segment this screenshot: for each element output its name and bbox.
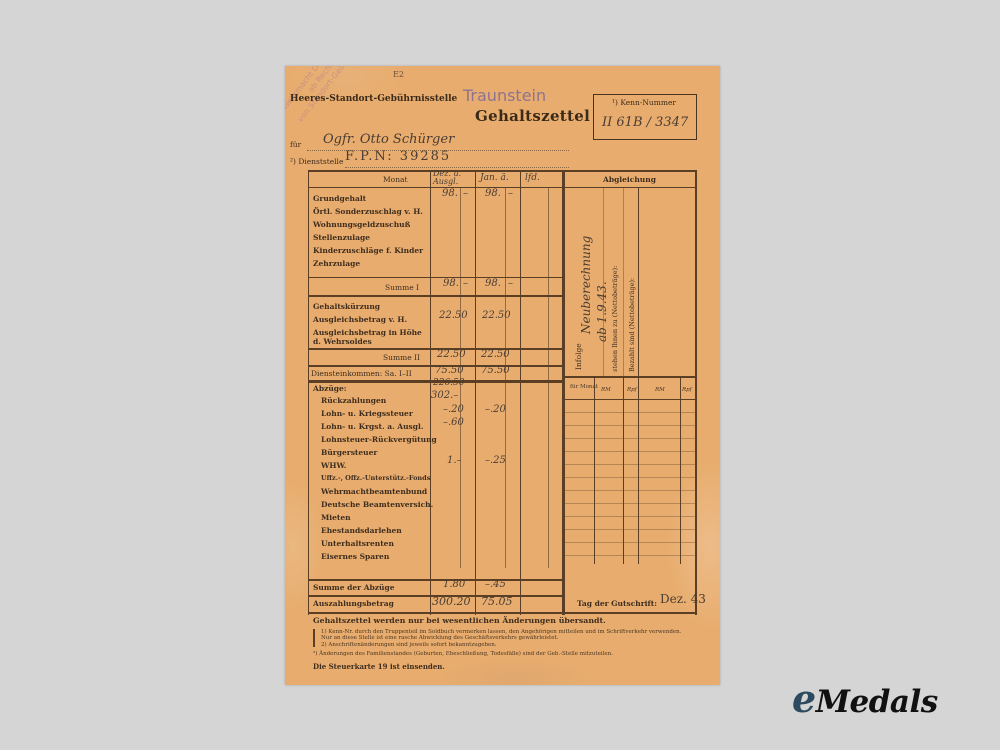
diensteinkommen-col2: 75.50: [481, 365, 510, 376]
table-bottom-border: [308, 612, 696, 614]
header-monat: Monat: [383, 175, 408, 184]
top-mark: E2: [393, 70, 404, 79]
summe-abzuege-label: Summe der Abzüge: [313, 583, 395, 592]
row-buergersteuer: Bürgersteuer: [321, 448, 377, 457]
abgleichung-divider: [565, 376, 696, 378]
abzuege-label: Abzüge:: [313, 384, 347, 393]
table-left-border: [308, 170, 309, 615]
grundgehalt-col2-pf: –: [508, 188, 513, 199]
subheader-rpf: Rpf: [627, 387, 637, 393]
col-subline: [505, 188, 506, 568]
auszahlung-label: Auszahlungsbetrag: [313, 599, 394, 608]
footnote-3: ³) Änderungen des Familienstandes (Gebur…: [313, 651, 613, 657]
row-rueckzahlungen: Rückzahlungen: [321, 396, 386, 405]
row-sonderzuschlag: Örtl. Sonderzuschlag v. H.: [313, 207, 423, 216]
diensteinkommen-col1: 75.50: [435, 365, 464, 376]
rueckzahlungen-col1: 302.–: [431, 390, 458, 401]
kenn-nummer-value: II 61B / 3347: [602, 115, 688, 130]
table-right-border: [695, 170, 697, 615]
divider: [308, 277, 562, 278]
stehen-label: stehen Ihnen zu (Nettobeträge):: [611, 266, 619, 372]
summe2-col1: 22.50: [437, 349, 466, 360]
grundgehalt-col1-pf: –: [463, 188, 468, 199]
recipient-name: Ogfr. Otto Schürger: [323, 132, 454, 147]
whw-col2: –.25: [485, 455, 506, 466]
row-ausgleichsbetrag: Ausgleichsbetrag v. H.: [313, 315, 407, 324]
ausgleich-col2: 22.50: [482, 310, 511, 321]
row-kinderzuschlaege: Kinderzuschläge f. Kinder: [313, 246, 423, 255]
row-wohnungsgeld: Wohnungsgeldzuschuß: [313, 220, 410, 229]
col-subline: [548, 188, 549, 568]
krgst-ausgl-col1: –.60: [443, 417, 464, 428]
abgleichung-header-bottom: [565, 187, 696, 188]
fuer-label: für: [290, 140, 301, 149]
summe-abzuege-col1: 1.80: [443, 579, 465, 590]
lohnsteuer-col1: –.20: [443, 404, 464, 415]
footnote-1: 1) Kenn-Nr. durch den Truppenteil im Sol…: [321, 629, 691, 641]
divider: [308, 579, 562, 581]
logo-e: e: [792, 676, 816, 721]
office-stamp: Traunstein: [463, 86, 546, 105]
logo-text: Medals: [816, 684, 938, 720]
footer-notice: Gehaltszettel werden nur bei wesentliche…: [313, 616, 606, 625]
summe1-col1-pf: –: [463, 278, 468, 289]
row-ausgleich-wehrsold: Ausgleichsbetrag in Höhe d. Wehrsoldes: [313, 328, 428, 346]
row-grundgehalt: Grundgehalt: [313, 194, 366, 203]
kenn-nummer-label: ¹) Kenn-Nummer: [612, 98, 676, 107]
kenn-nummer-box: ¹) Kenn-Nummer II 61B / 3347: [593, 94, 697, 140]
grundgehalt-col1: 98.: [442, 188, 458, 199]
emedals-watermark-logo: eMedals: [792, 676, 938, 721]
row-ehestandsdarlehen: Ehestandsdarlehen: [321, 526, 402, 535]
steuerkarte-note: Die Steuerkarte 19 ist einsenden.: [313, 662, 445, 671]
row-gehaltskuerzung: Gehaltskürzung: [313, 302, 380, 311]
header-col2: Jan. ä.: [480, 173, 509, 183]
divider: [308, 295, 562, 297]
row-lohn-kriegssteuer: Lohn- u. Kriegssteuer: [321, 409, 413, 418]
row-unterstuetzungsfonds: Uffz.-, Offz.-Unterstütz.-Fonds: [321, 474, 430, 482]
row-whw: WHW.: [321, 461, 346, 470]
footnote-2: 2) Anschriftenänderungen sind jeweils so…: [321, 642, 497, 648]
ausgleich-col1: 22.50: [439, 310, 468, 321]
subheader-rpf: Rpf: [682, 387, 692, 393]
abgleichung-grid-rows: [565, 400, 695, 560]
infolge-label: Infolge: [574, 343, 583, 370]
col-line: [520, 170, 521, 615]
abzuege-total-note: 226.50: [433, 378, 465, 388]
dotted-guide: [623, 188, 624, 376]
summe2-col2: 22.50: [481, 349, 510, 360]
subheader-rm: RM: [655, 387, 665, 393]
document-title: Gehaltszettel: [475, 107, 590, 125]
diensteinkommen-label: Diensteinkommen: Sa. I–II: [311, 369, 412, 378]
bezahlt-label: Bezahlt sind (Nettobeträge):: [628, 278, 636, 372]
grundgehalt-col2: 98.: [485, 188, 501, 199]
divider: [308, 348, 562, 350]
row-mieten: Mieten: [321, 513, 351, 522]
office-label: Heeres-Standort-Gebührnisstelle: [290, 94, 457, 104]
row-stellenzulage: Stellenzulage: [313, 233, 370, 242]
abgleichung-title: Abgleichung: [603, 175, 656, 184]
note-marker: [313, 629, 315, 647]
whw-col1: 1.–: [447, 455, 462, 466]
infolge-value: Neuberechnung: [579, 236, 593, 334]
row-beamtenversich: Deutsche Beamtenversich.: [321, 500, 433, 509]
row-zehrzulage: Zehrzulage: [313, 259, 360, 268]
summe-abzuege-col2: –.45: [485, 579, 506, 590]
summe1-col2-pf: –: [508, 278, 513, 289]
auszahlung-col2: 75.05: [481, 595, 513, 608]
row-lohn-krgst-ausgl: Lohn- u. Krgst. a. Ausgl.: [321, 422, 423, 431]
header-col3: lfd.: [525, 173, 540, 183]
row-eisernes-sparen: Eisernes Sparen: [321, 552, 389, 561]
field-post-number: F.P.N: 39285: [345, 149, 451, 164]
header-bottom: [308, 187, 562, 188]
summe1-label: Summe I: [385, 283, 419, 292]
ab-date-value: ab 1.9.43.: [595, 281, 609, 342]
tag-gutschrift-label: Tag der Gutschrift:: [577, 599, 657, 608]
lohnsteuer-col2: –.20: [485, 404, 506, 415]
dienststelle-line: [345, 167, 569, 168]
auszahlung-col1: 300.20: [432, 595, 471, 608]
col-line: [475, 170, 476, 615]
tag-gutschrift-value: Dez. 43: [660, 592, 706, 606]
abgleichung-col-line: [638, 188, 639, 376]
dienststelle-label: ²) Dienststelle: [290, 157, 343, 166]
subheader-rm: RM: [601, 387, 611, 393]
summe1-col1: 98.: [443, 278, 459, 289]
header-col1: Dez. u. Ausgl.: [433, 170, 475, 186]
table-top-border: [308, 170, 696, 172]
row-wehrmachtbeamtenbund: Wehrmachtbeamtenbund: [321, 487, 427, 496]
salary-slip-document: E2 Wehrmacht Dienst in Ordnung ab Rechnu…: [285, 66, 720, 685]
row-lohnsteuer-rueckverguetung: Lohnsteuer-Rückvergütung: [321, 435, 437, 444]
summe2-label: Summe II: [383, 353, 420, 362]
summe1-col2: 98.: [485, 278, 501, 289]
row-unterhaltsrenten: Unterhaltsrenten: [321, 539, 394, 548]
